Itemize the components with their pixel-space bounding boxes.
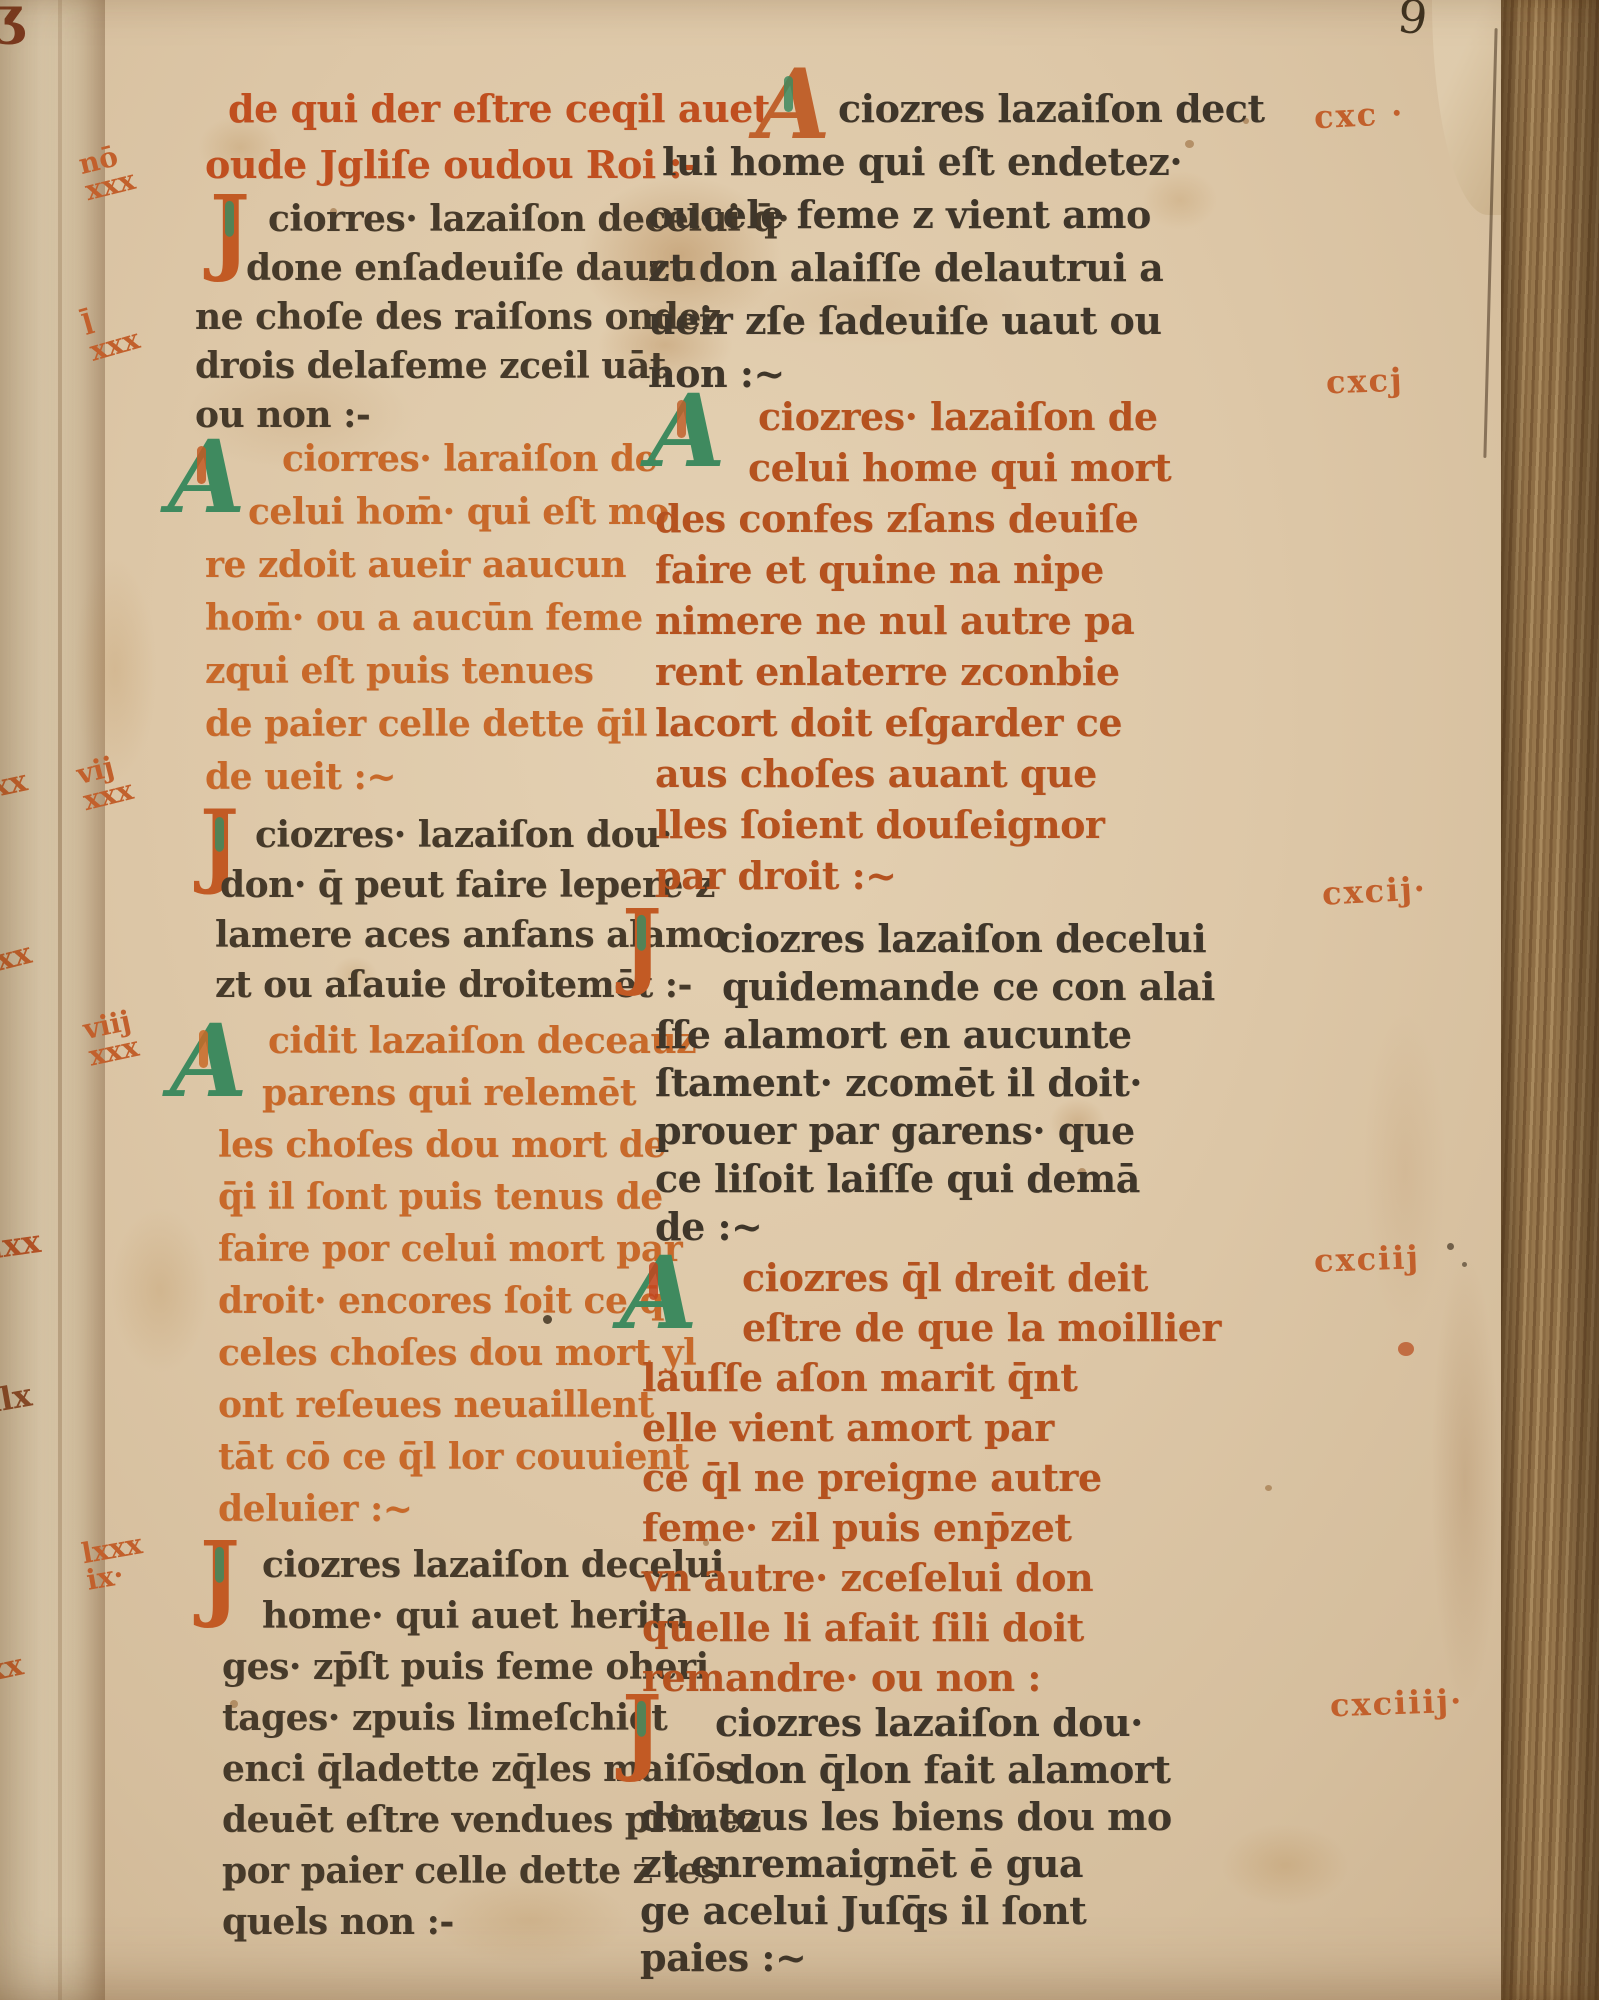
initial-accent [215, 1547, 224, 1583]
facing-page-fragment: ʒ [0, 0, 24, 47]
text-line: faire por celui mort par [218, 1228, 682, 1270]
text-line: ce q̄l ne preigne autre [642, 1455, 1102, 1500]
text-line: de qui der eſtre ceqil auet [228, 86, 770, 131]
text-line: ciorres· laraiſon de [282, 438, 657, 480]
text-line: quidemande ce con alai [722, 964, 1215, 1009]
text-line: zt don alaiſſe delautrui a [648, 245, 1163, 290]
initial-accent [197, 446, 206, 484]
text-line: ciozres lazaiſon dou· [715, 1700, 1143, 1745]
text-line: remandre· ou non : [642, 1655, 1041, 1700]
text-line: parens qui relemēt [262, 1072, 636, 1114]
foxing-spot [1185, 140, 1194, 148]
text-line: ge acelui Juſq̄s il ſont [640, 1888, 1086, 1933]
text-line: vn autre· zceſelui don [642, 1555, 1093, 1600]
text-line: feme· zil puis enp̄zet [642, 1505, 1072, 1550]
ink-speck [1447, 1243, 1454, 1250]
ink-speck [1462, 1262, 1467, 1267]
text-line: tages· zpuis limeſchiet [222, 1697, 667, 1739]
text-line: ciozres lazaiſon decelui [718, 916, 1206, 961]
chapter-number-right: cxcj [1325, 365, 1404, 398]
text-line: don q̄lon fait alamort [728, 1747, 1170, 1792]
decorated-initial: J [622, 901, 662, 986]
text-line: faire et quine na nipe [655, 547, 1104, 592]
chapter-number-right: cxc · [1313, 98, 1405, 133]
parchment-stain [1200, 1810, 1370, 1920]
left-page-edge [0, 0, 105, 2000]
decorated-initial: J [622, 1687, 662, 1772]
text-line: drois delafeme zceil uāt [195, 345, 666, 387]
initial-accent [649, 1262, 658, 1300]
text-line: aus choſes auant que [655, 751, 1097, 796]
initial-accent [677, 400, 686, 438]
parchment-stain [95, 1180, 225, 1400]
text-line: lauſſe aſon marit q̄nt [642, 1355, 1077, 1400]
decorated-initial: A [168, 432, 246, 522]
text-line: ont reſeues neuaillent [218, 1384, 654, 1426]
initial-accent [637, 1701, 646, 1737]
text-line: zqui eſt puis tenues [205, 650, 593, 692]
text-line: quelle li afait ſili doit [642, 1605, 1084, 1650]
decorated-initial: J [200, 1533, 240, 1618]
text-line: oude Jgliſe oudou Roi :- [205, 142, 697, 187]
decorated-initial: A [756, 62, 830, 148]
text-line: q̄i il ſont puis tenus de [218, 1176, 663, 1218]
text-line: elle vient amort par [642, 1405, 1054, 1450]
text-line: rent enlaterre zconbie [655, 649, 1120, 694]
text-line: ce liſoit laiſſe qui demā [655, 1156, 1140, 1201]
page-corner [1432, 0, 1512, 215]
text-line: lui home qui eſt endetez· [662, 139, 1182, 184]
text-line: ciozres q̄l dreit deit [742, 1255, 1148, 1300]
text-line: par droit :~ [655, 853, 896, 898]
text-line: ne choſe des raiſons ondez [195, 296, 721, 338]
decorated-initial: J [210, 187, 250, 272]
decorated-initial: A [620, 1248, 698, 1338]
decorated-initial: A [648, 386, 726, 476]
text-line: cidit lazaiſon deceauz [268, 1020, 696, 1062]
text-line: eſtre de que la moillier [742, 1305, 1221, 1350]
text-line: paies :~ [640, 1935, 806, 1980]
text-line: doutous les biens dou mo [640, 1794, 1172, 1839]
text-line: ſtament· zcomēt il doit· [655, 1060, 1142, 1105]
text-line: droit· encores ſoit ce q̄ [218, 1280, 664, 1322]
foxing-spot [1265, 1485, 1272, 1491]
text-line: lacort doit eſgarder ce [655, 700, 1122, 745]
text-line: hom̄· ou a aucūn feme [205, 597, 643, 639]
gutter-crease [58, 0, 62, 2000]
text-line: home· qui auet herita [262, 1595, 689, 1637]
text-line: lles ſoient douſeignor [655, 802, 1104, 847]
text-line: nimere ne nul autre pa [655, 598, 1134, 643]
initial-accent [637, 915, 646, 951]
text-line: prouer par garens· que [655, 1108, 1135, 1153]
text-line: ciozres· lazaiſon de [758, 394, 1158, 439]
text-line: zt ou aſauie droitemēt :- [215, 964, 692, 1006]
chapter-number-right: cxcij· [1321, 873, 1427, 909]
text-line: zt enremaignēt ē gua [640, 1841, 1083, 1886]
parchment-stain [1350, 960, 1460, 1380]
manuscript-page: de qui der eſtre ceqil auetoude Jgliſe o… [0, 0, 1599, 2000]
folio-number: 9 [1395, 0, 1431, 46]
text-line: done enſadeuiſe daucu [246, 247, 696, 289]
initial-accent [215, 817, 224, 852]
text-line: quels non :- [222, 1901, 454, 1943]
text-line: ueir zſe ſadeuiſe uaut ou [648, 298, 1162, 343]
text-line: oucele feme z vient amo [648, 192, 1151, 237]
text-line: tāt cō ce q̄l lor couuient [218, 1436, 689, 1478]
red-ink-blot [1398, 1342, 1414, 1356]
book-fore-edge [1501, 0, 1599, 2000]
initial-accent [225, 201, 234, 237]
text-line: les choſes dou mort de [218, 1124, 666, 1166]
text-line: ſſe alamort en aucunte [655, 1012, 1132, 1057]
text-line: des confes zſans deuiſe [655, 496, 1138, 541]
chapter-number-left: lxxxix· [80, 1531, 149, 1594]
initial-accent [199, 1030, 208, 1068]
chapter-number-left: viijxxx [81, 1007, 141, 1069]
chapter-number-right: cxciij [1314, 1242, 1421, 1276]
text-line: celui hom̄· qui eſt mo [248, 491, 669, 533]
text-line: deluier :~ [218, 1488, 412, 1530]
text-line: ciozres· lazaiſon dou· [255, 814, 672, 856]
initial-accent [784, 76, 793, 112]
text-line: de paier celle dette q̄il [205, 703, 647, 745]
text-line: re zdoit aueir aaucun [205, 544, 626, 586]
text-line: celui home qui mort [748, 445, 1171, 490]
text-line: ciozres lazaiſon dect [838, 86, 1265, 131]
chapter-number-right: cxciiij· [1330, 1686, 1464, 1721]
decorated-initial: A [170, 1016, 248, 1106]
